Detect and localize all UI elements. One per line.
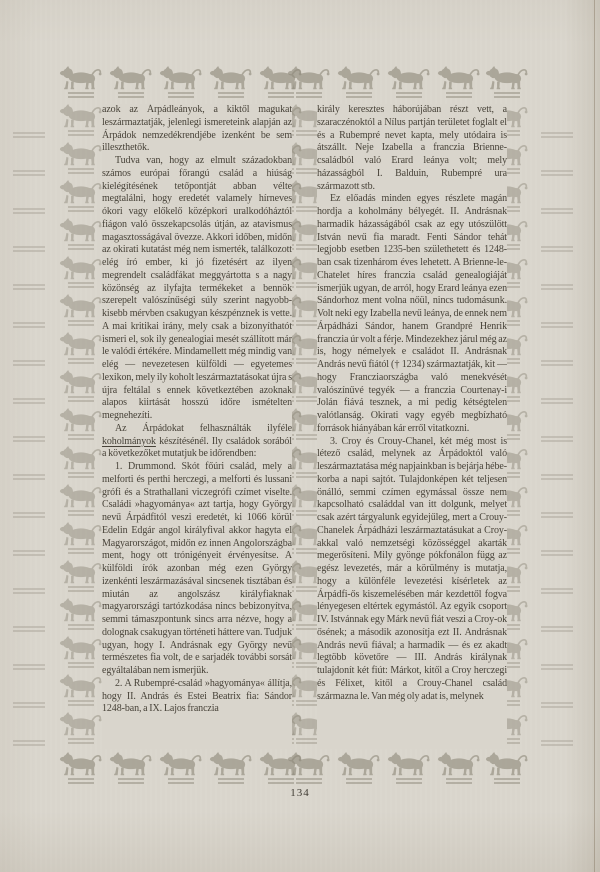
paragraph-text: Az Árpádokat felhasználták ilyféle [115,423,292,434]
emphasized-term: koholmányok [102,436,156,447]
paragraph: Tudva van, hogy az elmult századokban sz… [102,155,292,423]
walking-lion-motif [58,634,104,670]
inscription-dashes [540,548,574,558]
inscription-dashes [540,396,574,406]
inscription-dashes [540,700,574,710]
inscription-dashes [540,168,574,178]
text-column-right: király keresztes háborújában részt vett,… [317,104,507,749]
inscription-dashes [540,130,574,140]
walking-lion-motif [58,520,104,556]
inscription-dashes [12,472,46,482]
walking-lion-motif [58,750,104,786]
walking-lion-motif [258,750,304,786]
inscription-dashes [12,358,46,368]
paragraph: Ez előadás minden egyes részlete magán h… [317,193,507,435]
walking-lion-motif [108,750,154,786]
inscription-dashes [12,700,46,710]
walking-lion-motif [58,368,104,404]
walking-lion-motif [58,102,104,138]
inscription-dashes [540,206,574,216]
inscription-dashes [12,168,46,178]
inscription-dashes [540,662,574,672]
walking-lion-motif [436,64,482,100]
paragraph: Az Árpádokat felhasználták ilyféle kohol… [102,423,292,461]
walking-lion-motif [484,64,530,100]
walking-lion-motif [58,710,104,746]
text-column-left: azok az Árpádleányok, a kiktől magukat l… [102,104,292,749]
lion-frieze-background [0,0,600,872]
walking-lion-motif [386,64,432,100]
walking-lion-motif [58,216,104,252]
walking-lion-motif [58,254,104,290]
inscription-dashes [12,434,46,444]
inscription-dashes [12,548,46,558]
inscription-dashes [540,320,574,330]
inscription-dashes [540,434,574,444]
walking-lion-motif [484,750,530,786]
inscription-dashes [12,586,46,596]
inscription-dashes [12,662,46,672]
scanned-book-page: azok az Árpádleányok, a kiktől magukat l… [0,0,600,872]
inscription-dashes [12,282,46,292]
walking-lion-motif [58,178,104,214]
inscription-dashes [12,624,46,634]
inscription-dashes [12,738,46,748]
paragraph: király keresztes háborújában részt vett,… [317,104,507,193]
walking-lion-motif [58,482,104,518]
paragraph-item-drummond: 1. Drummond. Skót főúri család, mely a m… [102,461,292,678]
walking-lion-motif [208,750,254,786]
walking-lion-motif [58,406,104,442]
inscription-dashes [12,396,46,406]
walking-lion-motif [58,558,104,594]
walking-lion-motif [58,672,104,708]
walking-lion-motif [58,292,104,328]
page-number: 134 [0,787,600,799]
inscription-dashes [540,510,574,520]
inscription-dashes [540,472,574,482]
paragraph-item-rubempre: 2. A Rubempré-család »hagyománya« állítj… [102,678,292,716]
photo-vignette [0,0,600,872]
inscription-dashes [540,358,574,368]
inscription-dashes [540,586,574,596]
inscription-dashes [540,738,574,748]
walking-lion-motif [336,750,382,786]
inscription-dashes [540,624,574,634]
inscription-dashes [540,282,574,292]
walking-lion-motif [386,750,432,786]
walking-lion-motif [58,596,104,632]
walking-lion-motif [286,64,332,100]
walking-lion-motif [336,64,382,100]
page-edge-shadow [594,0,595,872]
walking-lion-motif [58,140,104,176]
walking-lion-motif [258,64,304,100]
walking-lion-motif [208,64,254,100]
walking-lion-motif [58,444,104,480]
inscription-dashes [12,130,46,140]
inscription-dashes [12,244,46,254]
inscription-dashes [12,206,46,216]
inscription-dashes [540,244,574,254]
inscription-dashes [12,510,46,520]
walking-lion-motif [158,750,204,786]
walking-lion-motif [158,64,204,100]
walking-lion-motif [58,330,104,366]
inscription-dashes [12,320,46,330]
walking-lion-motif [58,64,104,100]
walking-lion-motif [108,64,154,100]
paragraph: azok az Árpádleányok, a kiktől magukat l… [102,104,292,155]
walking-lion-motif [436,750,482,786]
walking-lion-motif [286,750,332,786]
paragraph-item-croy: 3. Croy és Crouy-Chanel, két még most is… [317,436,507,704]
